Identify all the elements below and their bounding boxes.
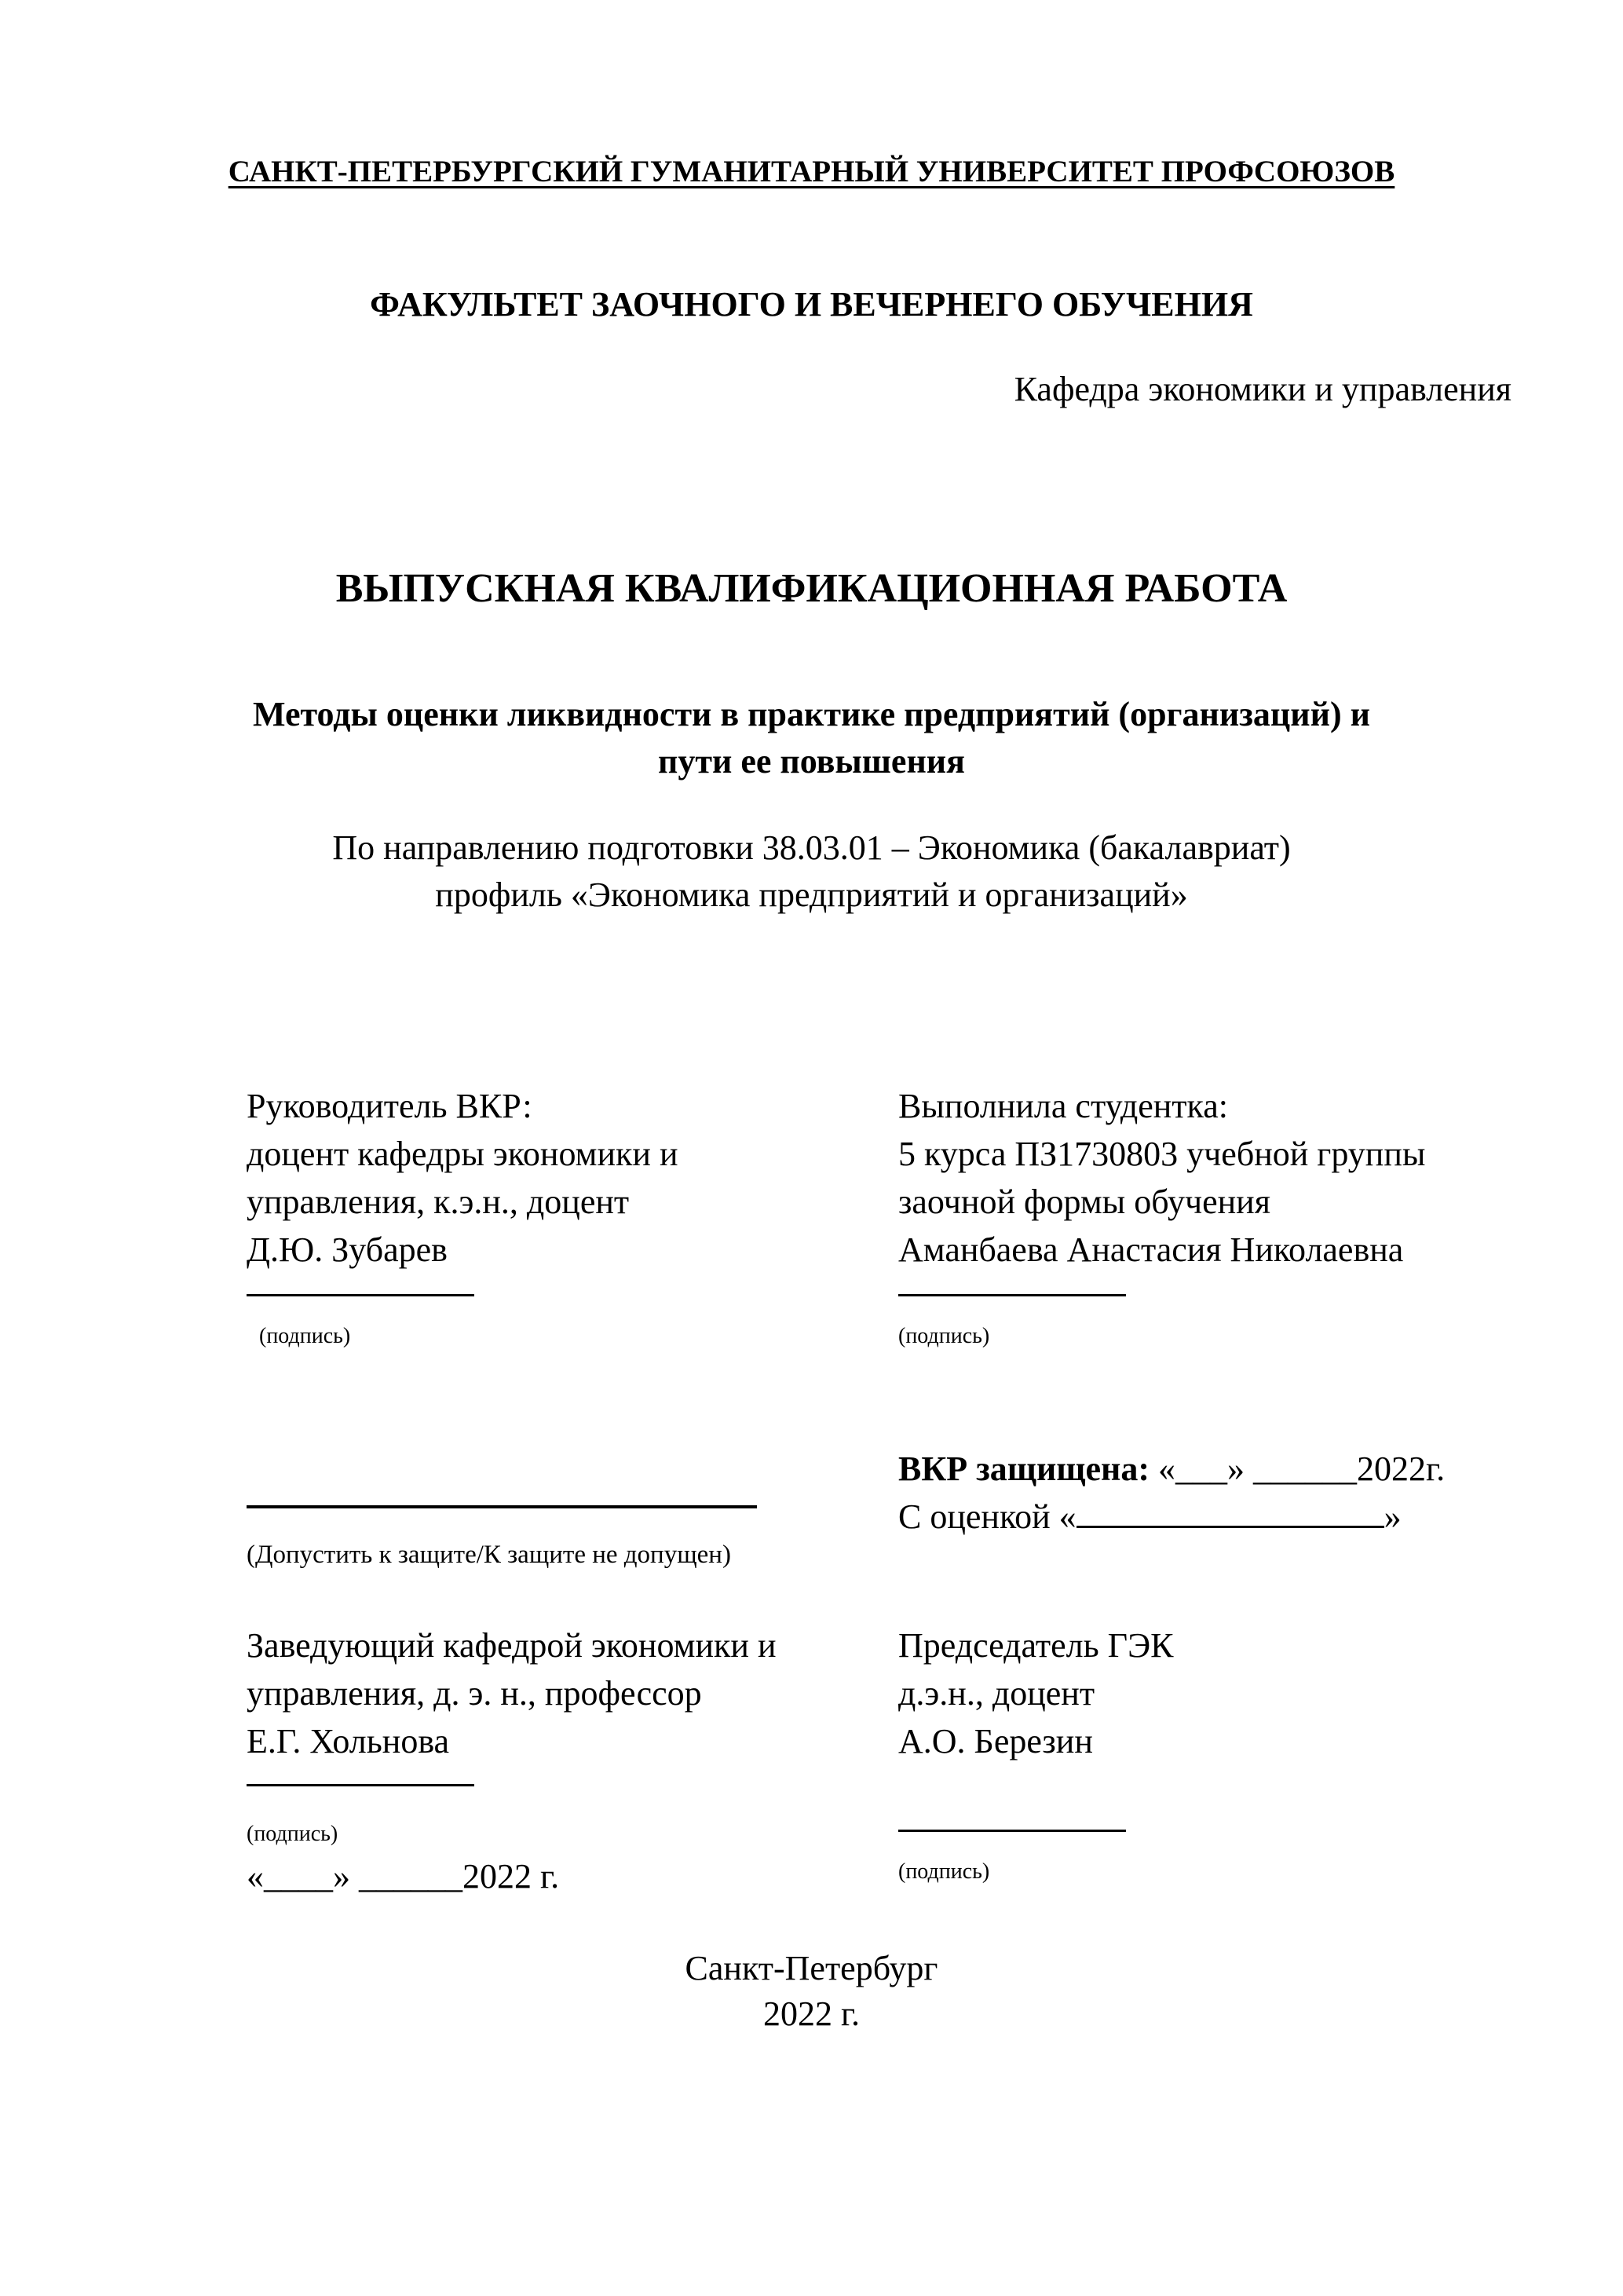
- chair-name: А.О. Березин: [898, 1717, 1174, 1765]
- head-signature-line: [247, 1776, 474, 1790]
- supervisor-signature-caption: (подпись): [259, 1324, 350, 1349]
- head-name: Е.Г. Хольнова: [247, 1717, 777, 1765]
- student-name: Аманбаева Анастасия Николаевна: [898, 1226, 1425, 1274]
- admission-signature-line: [247, 1498, 757, 1512]
- study-direction: По направлению подготовки 38.03.01 – Эко…: [0, 824, 1623, 919]
- thesis-topic-line-1: Методы оценки ликвидности в практике пре…: [0, 691, 1623, 738]
- faculty-name: ФАКУЛЬТЕТ ЗАОЧНОГО И ВЕЧЕРНЕГО ОБУЧЕНИЯ: [0, 284, 1623, 324]
- footer: Санкт-Петербург 2022 г.: [0, 1946, 1623, 2037]
- chair-position-2: д.э.н., доцент: [898, 1669, 1174, 1717]
- study-direction-line-2: профиль «Экономика предприятий и организ…: [0, 872, 1623, 919]
- study-direction-line-1: По направлению подготовки 38.03.01 – Эко…: [0, 824, 1623, 872]
- supervisor-position-2: управления, к.э.н., доцент: [247, 1178, 678, 1226]
- supervisor-signature-line: [247, 1286, 474, 1300]
- footer-year: 2022 г.: [0, 1991, 1623, 2037]
- grade-close: »: [1384, 1497, 1402, 1536]
- student-block: Выполнила студентка: 5 курса ПЗ1730803 у…: [898, 1082, 1425, 1274]
- footer-city: Санкт-Петербург: [0, 1946, 1623, 1991]
- department-name: Кафедра экономики и управления: [1014, 369, 1512, 409]
- head-signature-caption: (подпись): [247, 1822, 338, 1847]
- admission-caption: (Допустить к защите/К защите не допущен): [247, 1541, 731, 1570]
- defense-line: ВКР защищена: «___» ______2022г.: [898, 1445, 1445, 1493]
- defense-block: ВКР защищена: «___» ______2022г. С оценк…: [898, 1445, 1445, 1541]
- head-of-department-block: Заведующий кафедрой экономики и управлен…: [247, 1621, 777, 1765]
- university-name-text: САНКТ-ПЕТЕРБУРГСКИЙ ГУМАНИТАРНЫЙ УНИВЕРС…: [228, 155, 1395, 188]
- head-date: «____» ______2022 г.: [247, 1856, 559, 1896]
- student-signature-line: [898, 1286, 1126, 1300]
- head-position-1: Заведующий кафедрой экономики и: [247, 1621, 777, 1669]
- head-position-2: управления, д. э. н., профессор: [247, 1669, 777, 1717]
- chair-position-1: Председатель ГЭК: [898, 1621, 1174, 1669]
- thesis-topic-line-2: пути ее повышения: [0, 738, 1623, 785]
- chair-signature-line: [898, 1822, 1126, 1836]
- university-name: САНКТ-ПЕТЕРБУРГСКИЙ ГУМАНИТАРНЫЙ УНИВЕРС…: [0, 154, 1623, 189]
- thesis-topic: Методы оценки ликвидности в практике пре…: [0, 691, 1623, 785]
- supervisor-name: Д.Ю. Зубарев: [247, 1226, 678, 1274]
- student-study-form: заочной формы обучения: [898, 1178, 1425, 1226]
- student-label: Выполнила студентка:: [898, 1082, 1425, 1130]
- commission-chair-block: Председатель ГЭК д.э.н., доцент А.О. Бер…: [898, 1621, 1174, 1765]
- supervisor-position-1: доцент кафедры экономики и: [247, 1130, 678, 1178]
- grade-blank: [1077, 1494, 1384, 1528]
- document-type: ВЫПУСКНАЯ КВАЛИФИКАЦИОННАЯ РАБОТА: [0, 565, 1623, 612]
- grade-label: С оценкой «: [898, 1497, 1077, 1536]
- grade-line: С оценкой «»: [898, 1493, 1445, 1541]
- chair-signature-caption: (подпись): [898, 1859, 989, 1885]
- defense-label: ВКР защищена:: [898, 1450, 1150, 1488]
- supervisor-block: Руководитель ВКР: доцент кафедры экономи…: [247, 1082, 678, 1274]
- defense-date: «___» ______2022г.: [1158, 1450, 1445, 1488]
- student-signature-caption: (подпись): [898, 1324, 989, 1349]
- student-group: 5 курса ПЗ1730803 учебной группы: [898, 1130, 1425, 1178]
- supervisor-label: Руководитель ВКР:: [247, 1082, 678, 1130]
